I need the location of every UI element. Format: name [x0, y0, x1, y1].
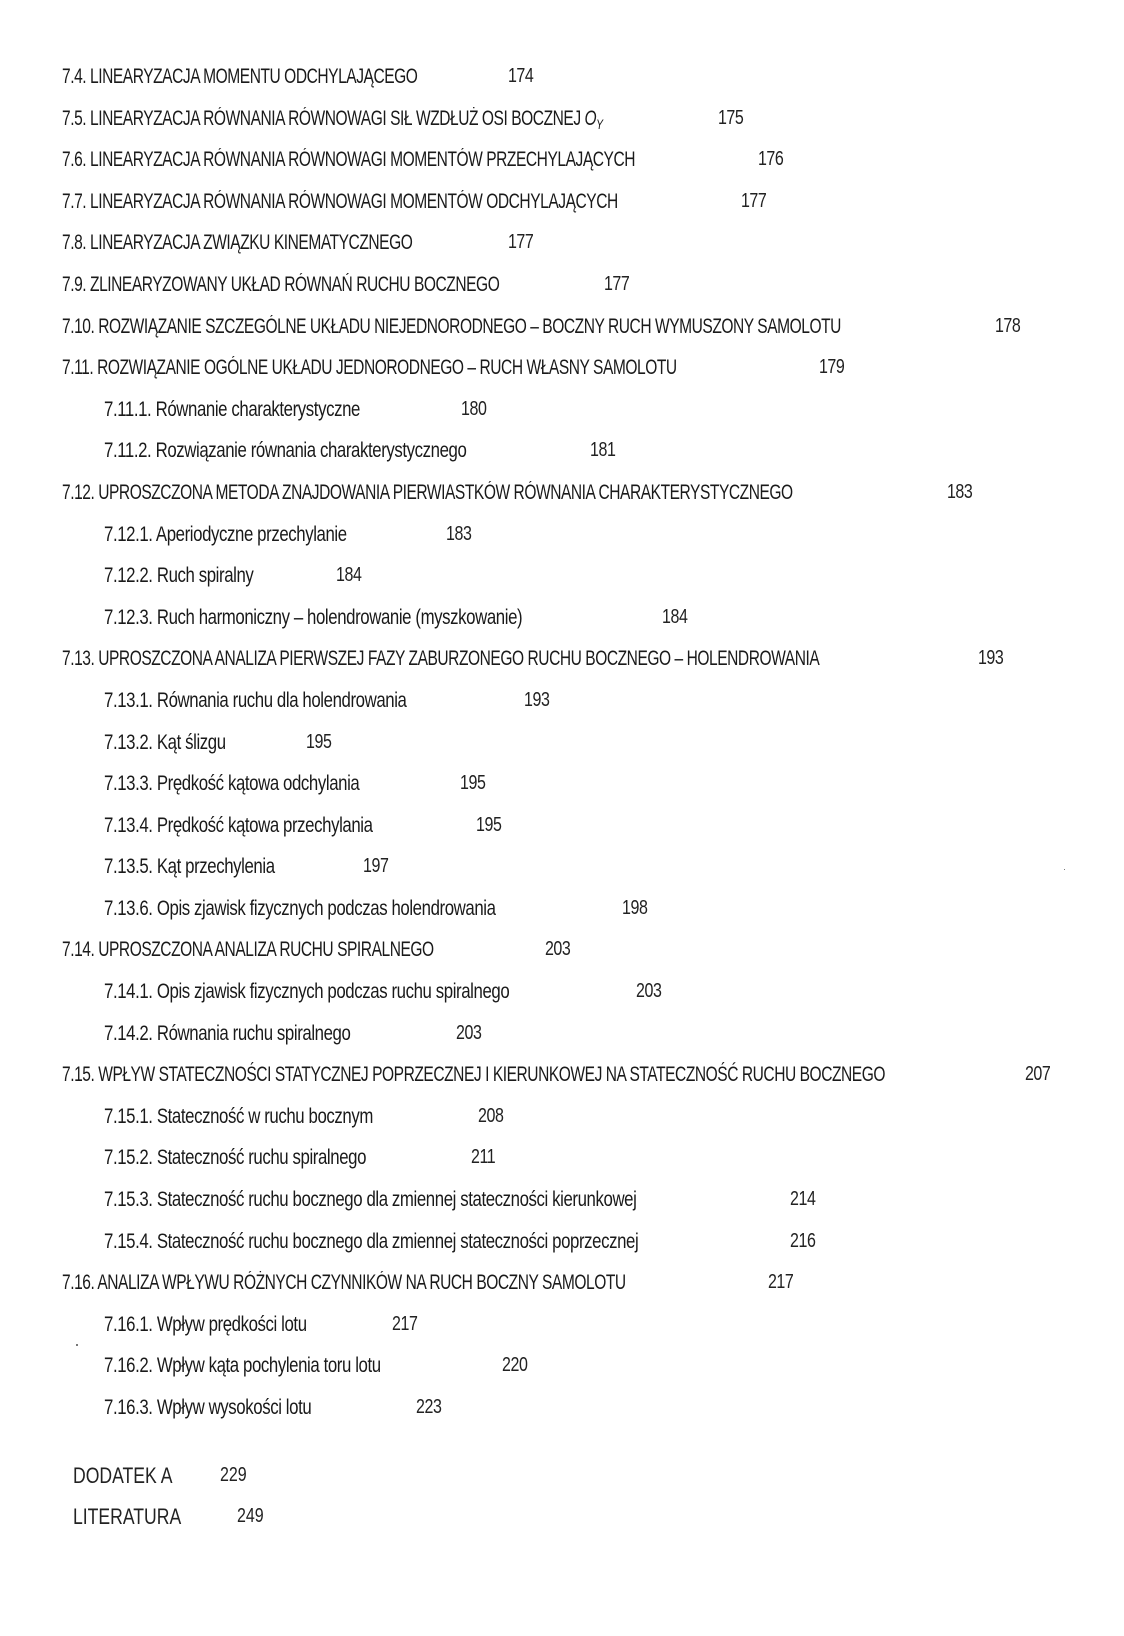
- toc-entry[interactable]: 7.15.4. Stateczność ruchu bocznego dla z…: [0, 1221, 1124, 1263]
- toc-entry-title: 7.4. LINEARYZACJA MOMENTU ODCHYLAJĄCEGO: [62, 56, 417, 98]
- toc-entry-page: 177: [604, 264, 629, 306]
- toc-entry-page: 203: [636, 971, 662, 1013]
- toc-entry[interactable]: 7.4. LINEARYZACJA MOMENTU ODCHYLAJĄCEGO1…: [0, 56, 1124, 98]
- toc-entry-title: 7.15.3. Stateczność ruchu bocznego dla z…: [104, 1179, 636, 1221]
- toc-entry[interactable]: 7.15.3. Stateczność ruchu bocznego dla z…: [0, 1179, 1124, 1221]
- toc-entry-title: DODATEK A: [73, 1455, 172, 1496]
- toc-entry-title: 7.8. LINEARYZACJA ZWIĄZKU KINEMATYCZNEGO: [62, 222, 412, 264]
- toc-entry-page: 249: [237, 1496, 264, 1537]
- toc-entry-title: 7.11. ROZWIĄZANIE OGÓLNE UKŁADU JEDNOROD…: [62, 347, 677, 389]
- toc-entry-page: 193: [978, 638, 1003, 680]
- toc-entry-page: 184: [662, 597, 688, 639]
- toc-entry[interactable]: 7.15.2. Stateczność ruchu spiralnego211: [0, 1137, 1124, 1179]
- toc-entry-page: 220: [502, 1345, 528, 1387]
- toc-page: 7.4. LINEARYZACJA MOMENTU ODCHYLAJĄCEGO1…: [0, 0, 1124, 1636]
- toc-entry-page: 174: [508, 56, 533, 98]
- toc-entry-title: 7.12.2. Ruch spiralny: [104, 555, 253, 597]
- toc-entry-title: 7.13.4. Prędkość kątowa przechylania: [104, 805, 373, 847]
- toc-entry[interactable]: 7.13.1. Równania ruchu dla holendrowania…: [0, 680, 1124, 722]
- toc-entry[interactable]: 7.11. ROZWIĄZANIE OGÓLNE UKŁADU JEDNOROD…: [0, 347, 1124, 389]
- toc-entry-title: 7.13.2. Kąt ślizgu: [104, 722, 226, 764]
- toc-entry-page: 197: [363, 846, 389, 888]
- table-of-contents: 7.4. LINEARYZACJA MOMENTU ODCHYLAJĄCEGO1…: [0, 56, 1124, 1429]
- toc-entry-title: 7.15.1. Stateczność w ruchu bocznym: [104, 1096, 373, 1138]
- toc-entry-page: 195: [306, 722, 332, 764]
- toc-entry-page: 178: [995, 306, 1020, 348]
- toc-entry-page: 177: [508, 222, 533, 264]
- toc-entry[interactable]: 7.6. LINEARYZACJA RÓWNANIA RÓWNOWAGI MOM…: [0, 139, 1124, 181]
- toc-entry-page: 216: [790, 1221, 816, 1263]
- toc-entry[interactable]: 7.14.2. Równania ruchu spiralnego203: [0, 1013, 1124, 1055]
- toc-entry-page: 179: [819, 347, 844, 389]
- toc-entry-title: LITERATURA: [73, 1496, 181, 1537]
- toc-entry[interactable]: 7.13. UPROSZCZONA ANALIZA PIERWSZEJ FAZY…: [0, 638, 1124, 680]
- toc-entry-page: 183: [446, 514, 472, 556]
- toc-entry-title: 7.12.3. Ruch harmoniczny – holendrowanie…: [104, 597, 522, 639]
- toc-entry-title: 7.13.3. Prędkość kątowa odchylania: [104, 763, 359, 805]
- toc-entry-appendix[interactable]: DODATEK A 229: [73, 1455, 208, 1496]
- toc-entry-page: 203: [545, 929, 570, 971]
- toc-entry[interactable]: 7.5. LINEARYZACJA RÓWNANIA RÓWNOWAGI SIŁ…: [0, 98, 1124, 140]
- toc-entry-page: 203: [456, 1013, 482, 1055]
- toc-entry-title: 7.5. LINEARYZACJA RÓWNANIA RÓWNOWAGI SIŁ…: [62, 98, 603, 146]
- toc-entry[interactable]: 7.12. UPROSZCZONA METODA ZNAJDOWANIA PIE…: [0, 472, 1124, 514]
- toc-entry[interactable]: 7.16.1. Wpływ prędkości lotu217: [0, 1304, 1124, 1346]
- toc-entry-page: 176: [758, 139, 783, 181]
- toc-entry-page: 217: [768, 1262, 793, 1304]
- back-matter: DODATEK A 229 LITERATURA 249: [73, 1455, 208, 1537]
- toc-entry[interactable]: 7.15.1. Stateczność w ruchu bocznym208: [0, 1096, 1124, 1138]
- toc-entry-page: 177: [741, 181, 766, 223]
- toc-entry-title: 7.10. ROZWIĄZANIE SZCZEGÓLNE UKŁADU NIEJ…: [62, 306, 841, 348]
- toc-entry[interactable]: 7.8. LINEARYZACJA ZWIĄZKU KINEMATYCZNEGO…: [0, 222, 1124, 264]
- toc-entry-bibliography[interactable]: LITERATURA 249: [73, 1496, 208, 1537]
- toc-entry[interactable]: 7.16.2. Wpływ kąta pochylenia toru lotu2…: [0, 1345, 1124, 1387]
- toc-entry-title: 7.15.4. Stateczność ruchu bocznego dla z…: [104, 1221, 638, 1263]
- toc-entry[interactable]: 7.12.2. Ruch spiralny184: [0, 555, 1124, 597]
- toc-entry-title: 7.11.1. Równanie charakterystyczne: [104, 389, 360, 431]
- toc-entry-title: 7.9. ZLINEARYZOWANY UKŁAD RÓWNAŃ RUCHU B…: [62, 264, 499, 306]
- toc-entry-page: 195: [460, 763, 486, 805]
- toc-entry[interactable]: 7.16. ANALIZA WPŁYWU RÓŻNYCH CZYNNIKÓW N…: [0, 1262, 1124, 1304]
- toc-entry-title: 7.7. LINEARYZACJA RÓWNANIA RÓWNOWAGI MOM…: [62, 181, 618, 223]
- toc-entry-title: 7.15.2. Stateczność ruchu spiralnego: [104, 1137, 366, 1179]
- toc-entry-page: 180: [461, 389, 487, 431]
- toc-entry-title: 7.15. WPŁYW STATECZNOŚCI STATYCZNEJ POPR…: [62, 1054, 885, 1096]
- toc-entry-page: 181: [590, 430, 616, 472]
- toc-entry-page: 223: [416, 1387, 442, 1429]
- toc-entry-title: 7.13.5. Kąt przechylenia: [104, 846, 275, 888]
- toc-entry-title: 7.13.6. Opis zjawisk fizycznych podczas …: [104, 888, 496, 930]
- toc-entry-page: 208: [478, 1096, 504, 1138]
- toc-entry-title: 7.12.1. Aperiodyczne przechylanie: [104, 514, 347, 556]
- toc-entry[interactable]: 7.13.5. Kąt przechylenia197: [0, 846, 1124, 888]
- toc-entry-title: 7.11.2. Rozwiązanie równania charakterys…: [104, 430, 466, 472]
- toc-entry-title: 7.14.1. Opis zjawisk fizycznych podczas …: [104, 971, 509, 1013]
- toc-entry[interactable]: 7.14. UPROSZCZONA ANALIZA RUCHU SPIRALNE…: [0, 929, 1124, 971]
- toc-entry-page: 183: [947, 472, 972, 514]
- toc-entry-page: 207: [1025, 1054, 1050, 1096]
- toc-entry-page: 195: [476, 805, 502, 847]
- toc-entry-title: 7.16.2. Wpływ kąta pochylenia toru lotu: [104, 1345, 381, 1387]
- toc-entry[interactable]: 7.12.1. Aperiodyczne przechylanie183: [0, 514, 1124, 556]
- toc-entry-title: 7.16.1. Wpływ prędkości lotu: [104, 1304, 307, 1346]
- scan-speck: [1064, 869, 1065, 870]
- toc-entry-title: 7.14.2. Równania ruchu spiralnego: [104, 1013, 350, 1055]
- toc-entry[interactable]: 7.12.3. Ruch harmoniczny – holendrowanie…: [0, 597, 1124, 639]
- toc-entry-page: 229: [220, 1455, 247, 1496]
- toc-entry-page: 217: [392, 1304, 418, 1346]
- toc-entry[interactable]: 7.13.6. Opis zjawisk fizycznych podczas …: [0, 888, 1124, 930]
- toc-entry-page: 184: [336, 555, 362, 597]
- toc-entry[interactable]: 7.13.3. Prędkość kątowa odchylania195: [0, 763, 1124, 805]
- toc-entry[interactable]: 7.16.3. Wpływ wysokości lotu223: [0, 1387, 1124, 1429]
- toc-entry[interactable]: 7.11.1. Równanie charakterystyczne180: [0, 389, 1124, 431]
- toc-entry[interactable]: 7.14.1. Opis zjawisk fizycznych podczas …: [0, 971, 1124, 1013]
- toc-entry-title: 7.12. UPROSZCZONA METODA ZNAJDOWANIA PIE…: [62, 472, 793, 514]
- toc-entry-page: 214: [790, 1179, 816, 1221]
- toc-entry[interactable]: 7.10. ROZWIĄZANIE SZCZEGÓLNE UKŁADU NIEJ…: [0, 306, 1124, 348]
- toc-entry-title: 7.16. ANALIZA WPŁYWU RÓŻNYCH CZYNNIKÓW N…: [62, 1262, 626, 1304]
- toc-entry-page: 193: [524, 680, 550, 722]
- toc-entry-title: 7.13. UPROSZCZONA ANALIZA PIERWSZEJ FAZY…: [62, 638, 819, 680]
- toc-entry-title: 7.16.3. Wpływ wysokości lotu: [104, 1387, 311, 1429]
- toc-entry[interactable]: 7.11.2. Rozwiązanie równania charakterys…: [0, 430, 1124, 472]
- scan-speck: [76, 1344, 78, 1346]
- toc-entry[interactable]: 7.7. LINEARYZACJA RÓWNANIA RÓWNOWAGI MOM…: [0, 181, 1124, 223]
- toc-entry[interactable]: 7.15. WPŁYW STATECZNOŚCI STATYCZNEJ POPR…: [0, 1054, 1124, 1096]
- toc-entry-page: 211: [471, 1137, 495, 1179]
- toc-entry[interactable]: 7.9. ZLINEARYZOWANY UKŁAD RÓWNAŃ RUCHU B…: [0, 264, 1124, 306]
- toc-entry-page: 198: [622, 888, 648, 930]
- toc-entry-title: 7.13.1. Równania ruchu dla holendrowania: [104, 680, 406, 722]
- toc-entry[interactable]: 7.13.4. Prędkość kątowa przechylania195: [0, 805, 1124, 847]
- toc-entry-page: 175: [718, 98, 743, 140]
- toc-entry[interactable]: 7.13.2. Kąt ślizgu195: [0, 722, 1124, 764]
- toc-entry-title: 7.6. LINEARYZACJA RÓWNANIA RÓWNOWAGI MOM…: [62, 139, 635, 181]
- toc-entry-title: 7.14. UPROSZCZONA ANALIZA RUCHU SPIRALNE…: [62, 929, 434, 971]
- toc-entry-subscript: Y: [596, 116, 602, 132]
